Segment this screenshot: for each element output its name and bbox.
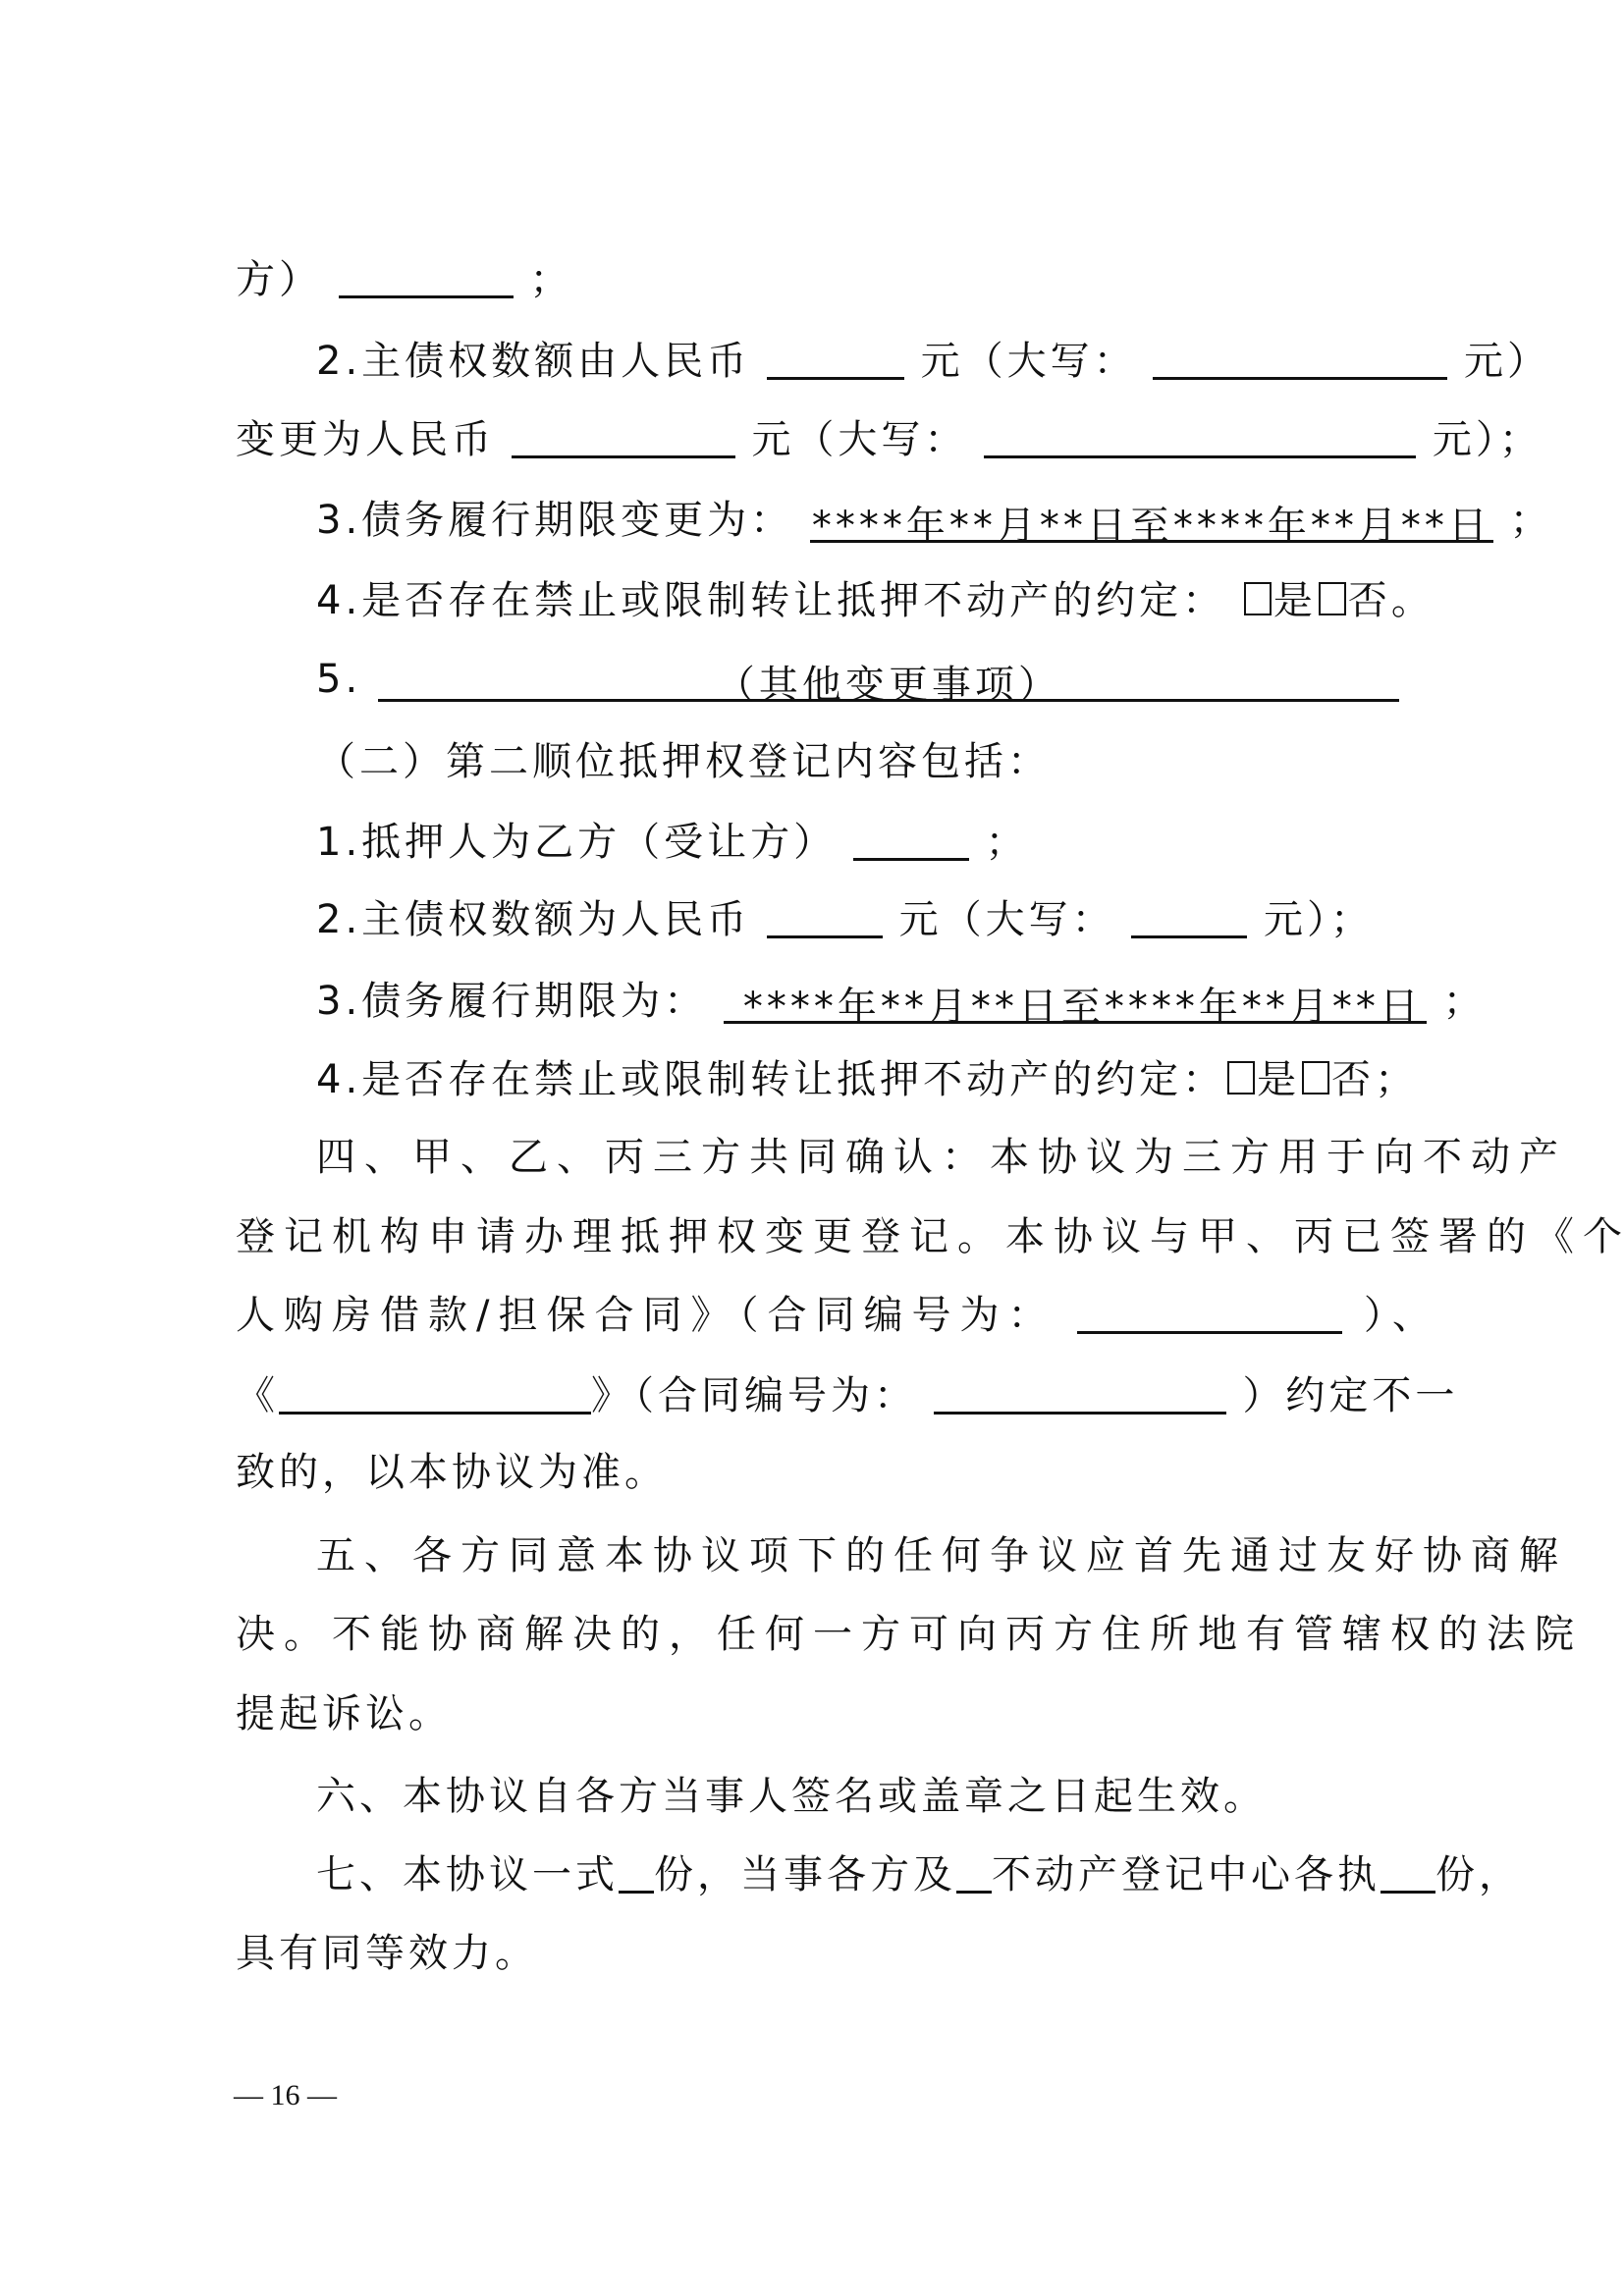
amount-words-blank[interactable] xyxy=(1131,892,1247,938)
text: 2.主债权数额为人民币 xyxy=(316,897,750,942)
text: 2.主债权数额由人民币 xyxy=(316,339,750,384)
line-new-debt-amount: 变更为人民币 元（大写： 元）； xyxy=(236,410,1404,469)
text: 元）； xyxy=(1433,417,1543,462)
amount-words-blank[interactable] xyxy=(984,412,1416,458)
text: 七、本协议一式 xyxy=(316,1852,619,1897)
checkbox-yes[interactable] xyxy=(1244,582,1272,615)
section-heading-second-mortgage: （二）第二顺位抵押权登记内容包括： xyxy=(316,732,1404,791)
paragraph-four-line-5: 致的，以本协议为准。 xyxy=(236,1443,1404,1502)
line-mortgagor: 1.抵押人为乙方（受让方） ； xyxy=(316,813,1404,872)
contract-number-blank[interactable] xyxy=(934,1368,1226,1415)
text: 《 xyxy=(236,1373,279,1418)
line-new-term: 3.债务履行期限变更为： ****年**月**日至****年**月**日 ； xyxy=(316,491,1404,550)
amount-words-blank[interactable] xyxy=(1153,334,1447,380)
text: ； xyxy=(1510,498,1553,543)
amount-blank[interactable] xyxy=(767,892,883,938)
document-page: 方） ； 2.主债权数额由人民币 元（大写： 元） 变更为人民币 元（大写： 元… xyxy=(0,0,1624,2296)
text: 1.抵押人为乙方（受让方） xyxy=(316,820,837,865)
text: 元）； xyxy=(1264,897,1374,942)
text: 元） xyxy=(1464,339,1550,384)
checkbox-no[interactable] xyxy=(1302,1061,1329,1095)
text: ； xyxy=(1375,1057,1418,1102)
paragraph-six: 六、本协议自各方当事人签名或盖章之日起生效。 xyxy=(316,1767,1404,1826)
checkbox-no[interactable] xyxy=(1319,582,1346,615)
line-original-debt-amount: 2.主债权数额由人民币 元（大写： 元） xyxy=(316,332,1404,391)
line-party-continuation: 方） ； xyxy=(236,250,1404,309)
amount-blank[interactable] xyxy=(512,412,735,458)
paragraph-five-line-2: 决。不能协商解决的，任何一方可向丙方住所地有管辖权的法院 xyxy=(236,1605,1404,1664)
text: 。 xyxy=(1391,578,1435,623)
text: 元（大写： xyxy=(899,897,1115,942)
paragraph-seven-line-2: 具有同等效力。 xyxy=(236,1924,1404,1983)
line-other-changes: 5. （其他变更事项） xyxy=(316,650,1404,709)
line-second-debt-amount: 2.主债权数额为人民币 元（大写： 元）； xyxy=(316,890,1404,949)
text: ； xyxy=(986,820,1029,865)
option-label: 否 xyxy=(1331,1057,1375,1102)
line-transfer-restriction: 4.是否存在禁止或限制转让抵押不动产的约定： 是否。 xyxy=(316,571,1404,630)
paragraph-seven-line-1: 七、本协议一式份，当事各方及不动产登记中心各执份， xyxy=(316,1845,1404,1904)
text: 3.债务履行期限为： xyxy=(316,979,707,1024)
paragraph-five-line-3: 提起诉讼。 xyxy=(236,1684,1404,1743)
contract-name-blank[interactable] xyxy=(279,1368,591,1415)
paragraph-four-line-3: 人购房借款/担保合同》（合同编号为： ）、 xyxy=(236,1286,1404,1345)
text: 人购房借款/担保合同》（合同编号为： xyxy=(236,1293,1056,1338)
amount-blank[interactable] xyxy=(767,334,904,380)
paragraph-four-line-4: 《》（合同编号为： ）约定不一 xyxy=(236,1366,1404,1425)
text: ）约定不一 xyxy=(1242,1373,1458,1418)
page-number: — 16 — xyxy=(234,2079,337,2112)
paragraph-five-line-1: 五、各方同意本协议项下的任何争议应首先通过友好协商解 xyxy=(316,1526,1404,1585)
option-label: 是 xyxy=(1257,1057,1300,1102)
text: 份， xyxy=(1435,1852,1522,1897)
option-label: 是 xyxy=(1273,578,1317,623)
term-field[interactable]: ****年**月**日至****年**月**日 xyxy=(810,497,1493,543)
mortgagor-blank[interactable] xyxy=(853,815,969,861)
blank-field[interactable] xyxy=(339,252,514,298)
text: 4.是否存在禁止或限制转让抵押不动产的约定： xyxy=(316,578,1225,623)
registry-blank[interactable] xyxy=(956,1847,992,1894)
copies-blank[interactable] xyxy=(619,1847,654,1894)
line-second-transfer-restriction: 4.是否存在禁止或限制转让抵押不动产的约定：是否； xyxy=(316,1050,1404,1109)
copies-each-blank[interactable] xyxy=(1380,1847,1435,1894)
text: ）、 xyxy=(1364,1293,1440,1338)
other-changes-field[interactable]: （其他变更事项） xyxy=(378,656,1399,702)
checkbox-yes[interactable] xyxy=(1227,1061,1255,1095)
text: ； xyxy=(1443,979,1487,1024)
paragraph-four-line-2: 登记机构申请办理抵押权变更登记。本协议与甲、丙已签署的《个 xyxy=(236,1207,1404,1266)
text: 3.债务履行期限变更为： xyxy=(316,498,793,543)
paragraph-four-line-1: 四、甲、乙、丙三方共同确认：本协议为三方用于向不动产 xyxy=(316,1128,1404,1187)
text: 元（大写： xyxy=(921,339,1137,384)
option-label: 否 xyxy=(1348,578,1391,623)
text: 4.是否存在禁止或限制转让抵押不动产的约定： xyxy=(316,1057,1225,1102)
text: 不动产登记中心各执 xyxy=(992,1852,1380,1897)
text: 元（大写： xyxy=(751,417,967,462)
text: 份，当事各方及 xyxy=(654,1852,956,1897)
text: 方） xyxy=(236,257,322,302)
text: 》（合同编号为： xyxy=(591,1373,917,1418)
text: 变更为人民币 xyxy=(236,417,495,462)
line-second-term: 3.债务履行期限为： ****年**月**日至****年**月**日 ； xyxy=(316,972,1404,1031)
term-field[interactable]: ****年**月**日至****年**月**日 xyxy=(724,978,1427,1024)
text: 5. xyxy=(316,657,361,702)
contract-number-blank[interactable] xyxy=(1077,1288,1342,1334)
text: ； xyxy=(529,257,572,302)
